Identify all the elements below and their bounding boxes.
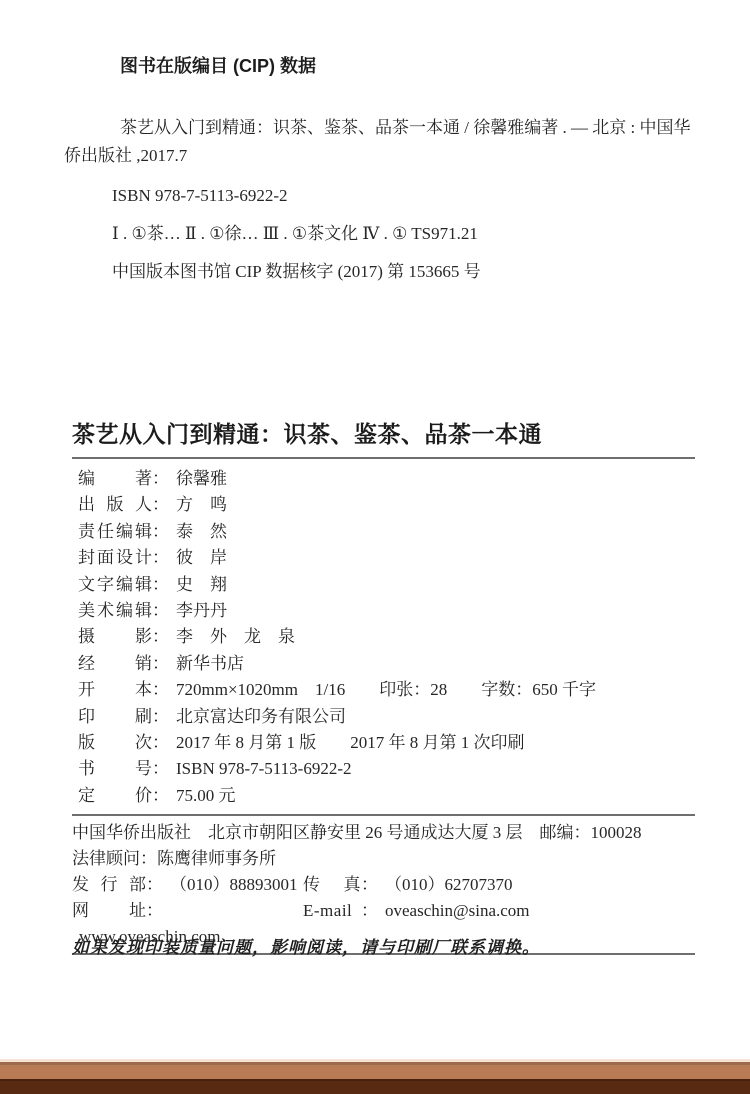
colophon-row-label: 摄影 [78,624,152,650]
colophon-row-value: 720mm×1020mm 1/16 印张：28 字数：650 千字 [176,680,596,699]
cip-description: 茶艺从入门到精通：识茶、鉴茶、品茶一本通 / 徐馨雅编著 . — 北京 : 中国… [64,114,694,170]
colophon-row: 定价：75.00 元 [78,783,695,809]
stripe-dark-brown [0,1081,750,1094]
cip-isbn: ISBN 978-7-5113-6922-2 [112,182,694,210]
contact-value-2: oveaschin@sina.com [385,901,530,920]
bottom-border-stripes [0,1059,750,1094]
colophon-row: 责任编辑：泰 然 [78,519,695,545]
colophon-row: 出版人：方 鸣 [78,492,695,518]
contact-row: 发行部：（010）88893001传真：（010）62707370 [72,872,695,898]
colophon-row-value: 李 外 龙 泉 [176,627,295,646]
colophon-row: 开本：720mm×1020mm 1/16 印张：28 字数：650 千字 [78,677,695,703]
cip-block: 图书在版编目 (CIP) 数据 茶艺从入门到精通：识茶、鉴茶、品茶一本通 / 徐… [64,52,694,286]
contact-colon-2: ： [361,898,378,924]
colophon-row: 摄影：李 外 龙 泉 [78,624,695,650]
colophon-row-colon: ： [152,677,169,703]
cip-record-number: 中国版本图书馆 CIP 数据核字 (2017) 第 153665 号 [112,258,694,286]
colophon-row-value: ISBN 978-7-5113-6922-2 [176,759,352,778]
contact-label-2: 传真 [303,872,361,898]
colophon-row-value: 史 翔 [176,575,227,594]
colophon-block: 茶艺从入门到精通：识茶、鉴茶、品茶一本通 编著：徐馨雅 出版人：方 鸣 责任编辑… [72,420,695,816]
contact-label-1: 发行部 [72,872,146,898]
contact-colon-1: ： [146,898,163,924]
book-copyright-page: 图书在版编目 (CIP) 数据 茶艺从入门到精通：识茶、鉴茶、品茶一本通 / 徐… [0,0,750,1094]
contact-value-2: （010）62707370 [385,875,513,894]
quality-note: 如果发现印装质量问题，影响阅读，请与印刷厂联系调换。 [72,933,695,958]
colophon-row-label: 文字编辑 [78,572,152,598]
contact-colon-2: ： [361,872,378,898]
colophon-row-label: 出版人 [78,492,152,518]
colophon-row: 书号：ISBN 978-7-5113-6922-2 [78,756,695,782]
stripe-medium-brown [0,1065,750,1079]
colophon-row-label: 开本 [78,677,152,703]
contact-label-2: E-mail [303,898,361,924]
colophon-row-label: 美术编辑 [78,598,152,624]
legal-counsel-line: 法律顾问：陈鹰律师事务所 [72,846,695,872]
colophon-row-label: 版次 [78,730,152,756]
colophon-row-colon: ： [152,783,169,809]
colophon-row: 美术编辑：李丹丹 [78,598,695,624]
colophon-row: 编著：徐馨雅 [78,466,695,492]
contact-value-1: （010）88893001 [170,875,298,894]
colophon-row: 文字编辑：史 翔 [78,572,695,598]
colophon-row-colon: ： [152,598,169,624]
colophon-row-label: 经销 [78,651,152,677]
colophon-rows: 编著：徐馨雅 出版人：方 鸣 责任编辑：泰 然 封面设计：彼 岸 文字编辑：史 … [72,459,695,814]
colophon-row-label: 封面设计 [78,545,152,571]
colophon-row-value: 75.00 元 [176,786,236,805]
colophon-row-colon: ： [152,572,169,598]
colophon-row-value: 2017 年 8 月第 1 版 2017 年 8 月第 1 次印刷 [176,733,525,752]
contact-label-1: 网址 [72,898,146,924]
colophon-row: 封面设计：彼 岸 [78,545,695,571]
colophon-row-colon: ： [152,730,169,756]
divider-under-colophon [72,814,695,816]
colophon-row: 版次：2017 年 8 月第 1 版 2017 年 8 月第 1 次印刷 [78,730,695,756]
colophon-row-value: 彼 岸 [176,548,227,567]
colophon-row-label: 编著 [78,466,152,492]
colophon-row-colon: ： [152,545,169,571]
colophon-row-colon: ： [152,704,169,730]
colophon-row-value: 北京富达印务有限公司 [176,707,346,726]
colophon-row-label: 书号 [78,756,152,782]
colophon-row-value: 李丹丹 [176,601,227,620]
publisher-address-line: 中国华侨出版社 北京市朝阳区静安里 26 号通成达大厦 3 层 邮编：10002… [72,820,695,846]
cip-heading: 图书在版编目 (CIP) 数据 [120,52,694,78]
colophon-row-colon: ： [152,466,169,492]
colophon-row-label: 印刷 [78,704,152,730]
colophon-row-colon: ： [152,492,169,518]
colophon-row-colon: ： [152,519,169,545]
colophon-row-value: 徐馨雅 [176,469,227,488]
colophon-row-colon: ： [152,651,169,677]
colophon-row-value: 泰 然 [176,522,227,541]
colophon-row-colon: ： [152,624,169,650]
book-title: 茶艺从入门到精通：识茶、鉴茶、品茶一本通 [72,420,695,448]
colophon-row-label: 定价 [78,783,152,809]
contact-colon-1: ： [146,872,163,898]
colophon-row-colon: ： [152,756,169,782]
colophon-row-label: 责任编辑 [78,519,152,545]
colophon-row: 经销：新华书店 [78,651,695,677]
colophon-row-value: 方 鸣 [176,495,227,514]
colophon-row-value: 新华书店 [176,654,244,673]
cip-classification: Ⅰ . ①茶… Ⅱ . ①徐… Ⅲ . ①茶文化 Ⅳ . ① TS971.21 [112,220,694,248]
colophon-row: 印刷：北京富达印务有限公司 [78,704,695,730]
